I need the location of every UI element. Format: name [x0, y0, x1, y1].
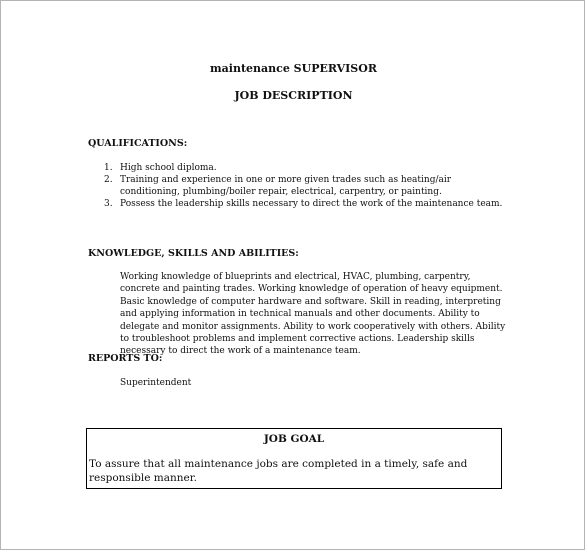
document-title: maintenance SUPERVISOR	[1, 62, 585, 75]
reports-to-value: Superintendent	[120, 378, 191, 388]
list-number: 1.	[104, 162, 120, 174]
list-item: 1. High school diploma.	[104, 162, 504, 174]
qualifications-list: 1. High school diploma. 2. Training and …	[104, 162, 504, 210]
document-page: maintenance SUPERVISOR JOB DESCRIPTION Q…	[0, 0, 585, 550]
list-item: 3. Possess the leadership skills necessa…	[104, 198, 504, 210]
list-text: Possess the leadership skills necessary …	[120, 198, 504, 210]
list-number: 2.	[104, 174, 120, 198]
job-goal-heading: JOB GOAL	[87, 433, 501, 445]
list-number: 3.	[104, 198, 120, 210]
list-text: High school diploma.	[120, 162, 504, 174]
reports-to-heading: REPORTS TO:	[88, 353, 162, 364]
document-subtitle: JOB DESCRIPTION	[1, 89, 585, 102]
ksa-paragraph: Working knowledge of blueprints and elec…	[120, 271, 510, 358]
ksa-heading: KNOWLEDGE, SKILLS AND ABILITIES:	[88, 248, 299, 259]
job-goal-box: JOB GOAL To assure that all maintenance …	[86, 428, 502, 489]
job-goal-text: To assure that all maintenance jobs are …	[89, 457, 497, 485]
qualifications-heading: QUALIFICATIONS:	[88, 138, 187, 149]
list-text: Training and experience in one or more g…	[120, 174, 504, 198]
list-item: 2. Training and experience in one or mor…	[104, 174, 504, 198]
